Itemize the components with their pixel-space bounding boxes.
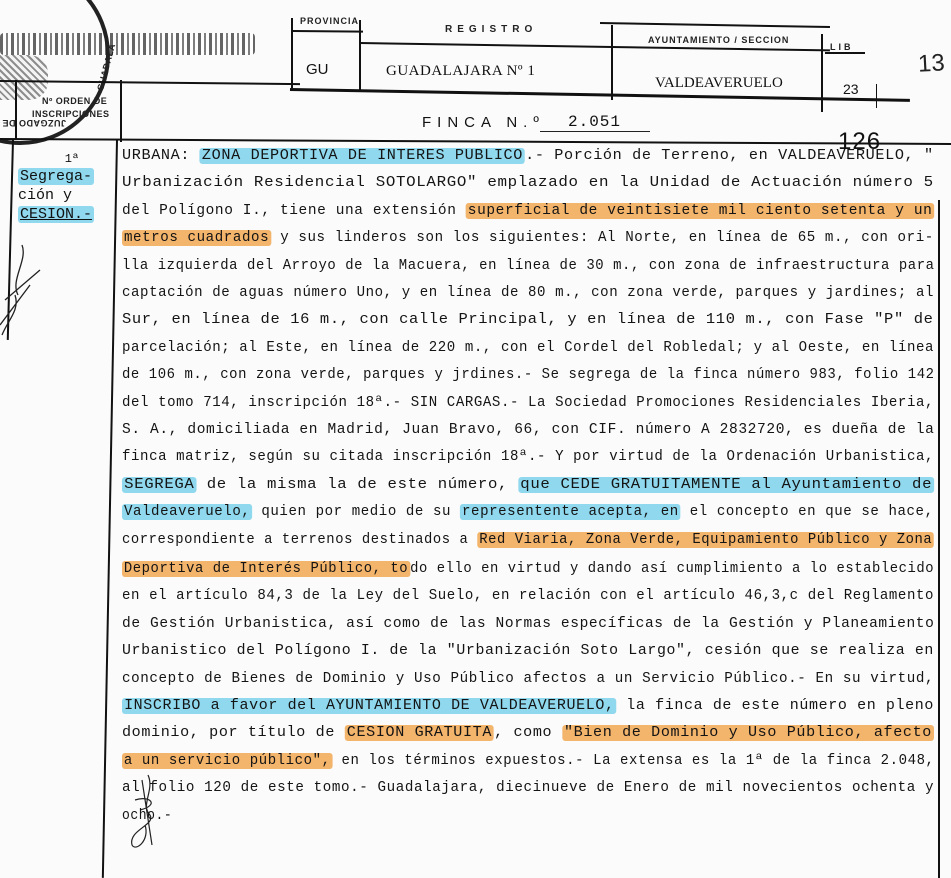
- margin-line-cesion: CESION.-: [18, 206, 94, 223]
- orden-label-line1: Nº ORDEN DE: [42, 96, 107, 106]
- text-line: ocho.-: [122, 808, 172, 824]
- text-segment: parcelación; al Este, en línea de 220 m.…: [122, 340, 934, 356]
- table-rule: [15, 80, 17, 140]
- text-segment: al folio 120 de este tomo.- Guadalajara,…: [122, 780, 934, 796]
- text-segment: correspondiente a terrenos destinados a: [122, 532, 477, 548]
- text-line: metros cuadrados y sus linderos son los …: [122, 230, 934, 246]
- text-segment: Urbanistico del Polígono I. de la "Urban…: [122, 643, 934, 659]
- text-segment: lla izquierda del Arroyo de la Macuera, …: [122, 258, 935, 274]
- registro-label: REGISTRO: [445, 24, 537, 35]
- column-rule: [102, 140, 118, 878]
- finca-number: 2.051: [540, 113, 650, 132]
- table-rule: [120, 80, 122, 142]
- text-line: al folio 120 de este tomo.- Guadalajara,…: [122, 780, 934, 796]
- table-rule: [359, 20, 361, 92]
- highlight-blue: INSCRIBO a favor del AYUNTAMIENTO DE VAL…: [122, 698, 617, 714]
- text-line: S. A., domiciliada en Madrid, Juan Bravo…: [122, 422, 934, 438]
- text-line: URBANA: ZONA DEPORTIVA DE INTERES PUBLIC…: [122, 148, 934, 164]
- highlight-blue: Valdeaveruelo,: [122, 504, 252, 520]
- text-segment: finca matriz, según su citada inscripció…: [122, 449, 934, 465]
- text-segment: quien por medio de su: [252, 504, 460, 520]
- text-segment: captación de aguas número Uno, y en líne…: [122, 285, 934, 301]
- text-segment: en el artículo 84,3 de la Ley del Suelo,…: [122, 588, 934, 604]
- highlight-blue: representente acepta, en: [460, 504, 681, 520]
- ayuntamiento-value: VALDEAVERUELO: [655, 75, 783, 92]
- table-rule: [876, 84, 877, 108]
- text-line: dominio, por título de CESION GRATUITA, …: [122, 725, 934, 741]
- finca-label: FINCA N.º: [422, 114, 545, 131]
- text-line: de 106 m., con zona verde, parques y jrd…: [122, 367, 935, 383]
- text-segment: S. A., domiciliada en Madrid, Juan Bravo…: [122, 422, 934, 438]
- text-segment: Urbanización Residencial SOTOLARGO" empl…: [122, 175, 934, 191]
- highlight-orange: superficial de veintisiete mil ciento se…: [466, 203, 935, 219]
- highlight-orange: Red Viaria, Zona Verde, Equipamiento Púb…: [477, 532, 934, 548]
- table-rule: [821, 34, 823, 112]
- margin-line: ción y: [18, 186, 108, 205]
- text-segment: de la misma la de este número,: [197, 477, 518, 493]
- stamp-text-bottom: JUZGADO DE: [2, 118, 66, 128]
- text-line: correspondiente a terrenos destinados a …: [122, 532, 934, 548]
- table-rule: [290, 88, 910, 102]
- text-line: finca matriz, según su citada inscripció…: [122, 449, 934, 465]
- ayuntamiento-label: AYUNTAMIENTO / SECCION: [648, 35, 789, 45]
- text-line: del Polígono I., tiene una extensión sup…: [122, 203, 934, 219]
- highlight-blue: que CEDE GRATUITAMENTE al Ayuntamiento d…: [518, 477, 934, 493]
- text-line: del tomo 714, inscripción 18ª.- SIN CARG…: [122, 395, 934, 411]
- text-segment: la finca de este número en pleno: [617, 698, 934, 714]
- registro-value: GUADALAJARA Nº 1: [386, 63, 535, 80]
- right-margin-rule: [938, 200, 940, 878]
- text-line: lla izquierda del Arroyo de la Macuera, …: [122, 258, 935, 274]
- text-segment: del Polígono I., tiene una extensión: [122, 203, 466, 219]
- margin-annotation: 1ª Segrega- ción y CESION.-: [18, 150, 108, 224]
- text-line: Sur, en línea de 16 m., con calle Princi…: [122, 312, 934, 328]
- highlight-orange: metros cuadrados: [122, 230, 271, 246]
- text-line: INSCRIBO a favor del AYUNTAMIENTO DE VAL…: [122, 698, 934, 714]
- highlight-blue: ZONA DEPORTIVA DE INTERES PUBLICO: [200, 148, 525, 164]
- table-rule: [825, 52, 865, 54]
- highlight-blue: SEGREGA: [122, 477, 197, 493]
- highlight-orange: "Bien de Dominio y Uso Público, afecto: [562, 725, 934, 741]
- text-segment: de Gestión Urbanistica, así como de las …: [122, 616, 934, 632]
- table-rule: [600, 22, 830, 28]
- text-line: Urbanización Residencial SOTOLARGO" empl…: [122, 175, 934, 191]
- text-line: Urbanistico del Polígono I. de la "Urban…: [122, 643, 934, 659]
- text-segment: URBANA:: [122, 148, 200, 164]
- highlight-orange: a un servicio público",: [122, 753, 333, 769]
- text-segment: .- Porción de Terreno, en VALDEAVERUELO,…: [525, 148, 934, 164]
- libro-value: 23: [843, 81, 859, 97]
- text-segment: Sur, en línea de 16 m., con calle Princi…: [122, 312, 934, 328]
- highlight-orange: CESION GRATUITA: [345, 725, 494, 741]
- text-segment: de 106 m., con zona verde, parques y jrd…: [122, 367, 935, 383]
- table-rule: [291, 18, 293, 88]
- provincia-value: GU: [306, 61, 329, 78]
- text-line: SEGREGA de la misma la de este número, q…: [122, 477, 934, 493]
- text-segment: del tomo 714, inscripción 18ª.- SIN CARG…: [122, 395, 934, 411]
- text-line: de Gestión Urbanistica, así como de las …: [122, 616, 934, 632]
- table-rule: [0, 138, 951, 145]
- text-line: parcelación; al Este, en línea de 220 m.…: [122, 340, 934, 356]
- margin-line: Segrega-: [18, 168, 94, 185]
- text-line: en el artículo 84,3 de la Ley del Suelo,…: [122, 588, 934, 604]
- text-line: captación de aguas número Uno, y en líne…: [122, 285, 934, 301]
- table-rule: [611, 25, 613, 100]
- text-segment: el concepto en que se hace,: [681, 504, 934, 520]
- text-line: Valdeaveruelo, quien por medio de su rep…: [122, 504, 934, 520]
- handwritten-folio-number: 13: [917, 49, 945, 78]
- libro-label: LIB: [830, 42, 854, 52]
- text-segment: en los términos expuestos.- La extensa e…: [333, 753, 935, 769]
- table-rule: [293, 30, 363, 33]
- text-line: a un servicio público", en los términos …: [122, 753, 935, 769]
- text-segment: do ello en virtud y dando así cumplimien…: [410, 561, 934, 577]
- text-segment: concepto de Bienes de Dominio y Uso Públ…: [122, 671, 934, 687]
- text-segment: , como: [494, 725, 562, 741]
- text-segment: ocho.-: [122, 808, 172, 824]
- text-line: concepto de Bienes de Dominio y Uso Públ…: [122, 671, 934, 687]
- text-segment: y sus linderos son los siguientes: Al No…: [271, 230, 934, 246]
- highlight-orange: Deportiva de Interés Público, to: [122, 561, 410, 577]
- provincia-label: PROVINCIA: [300, 16, 359, 26]
- text-segment: dominio, por título de: [122, 725, 345, 741]
- orden-label-line2: INSCRIPCIONES: [32, 109, 110, 119]
- signature-scribble-left: [0, 240, 50, 340]
- text-line: Deportiva de Interés Público, todo ello …: [122, 561, 934, 577]
